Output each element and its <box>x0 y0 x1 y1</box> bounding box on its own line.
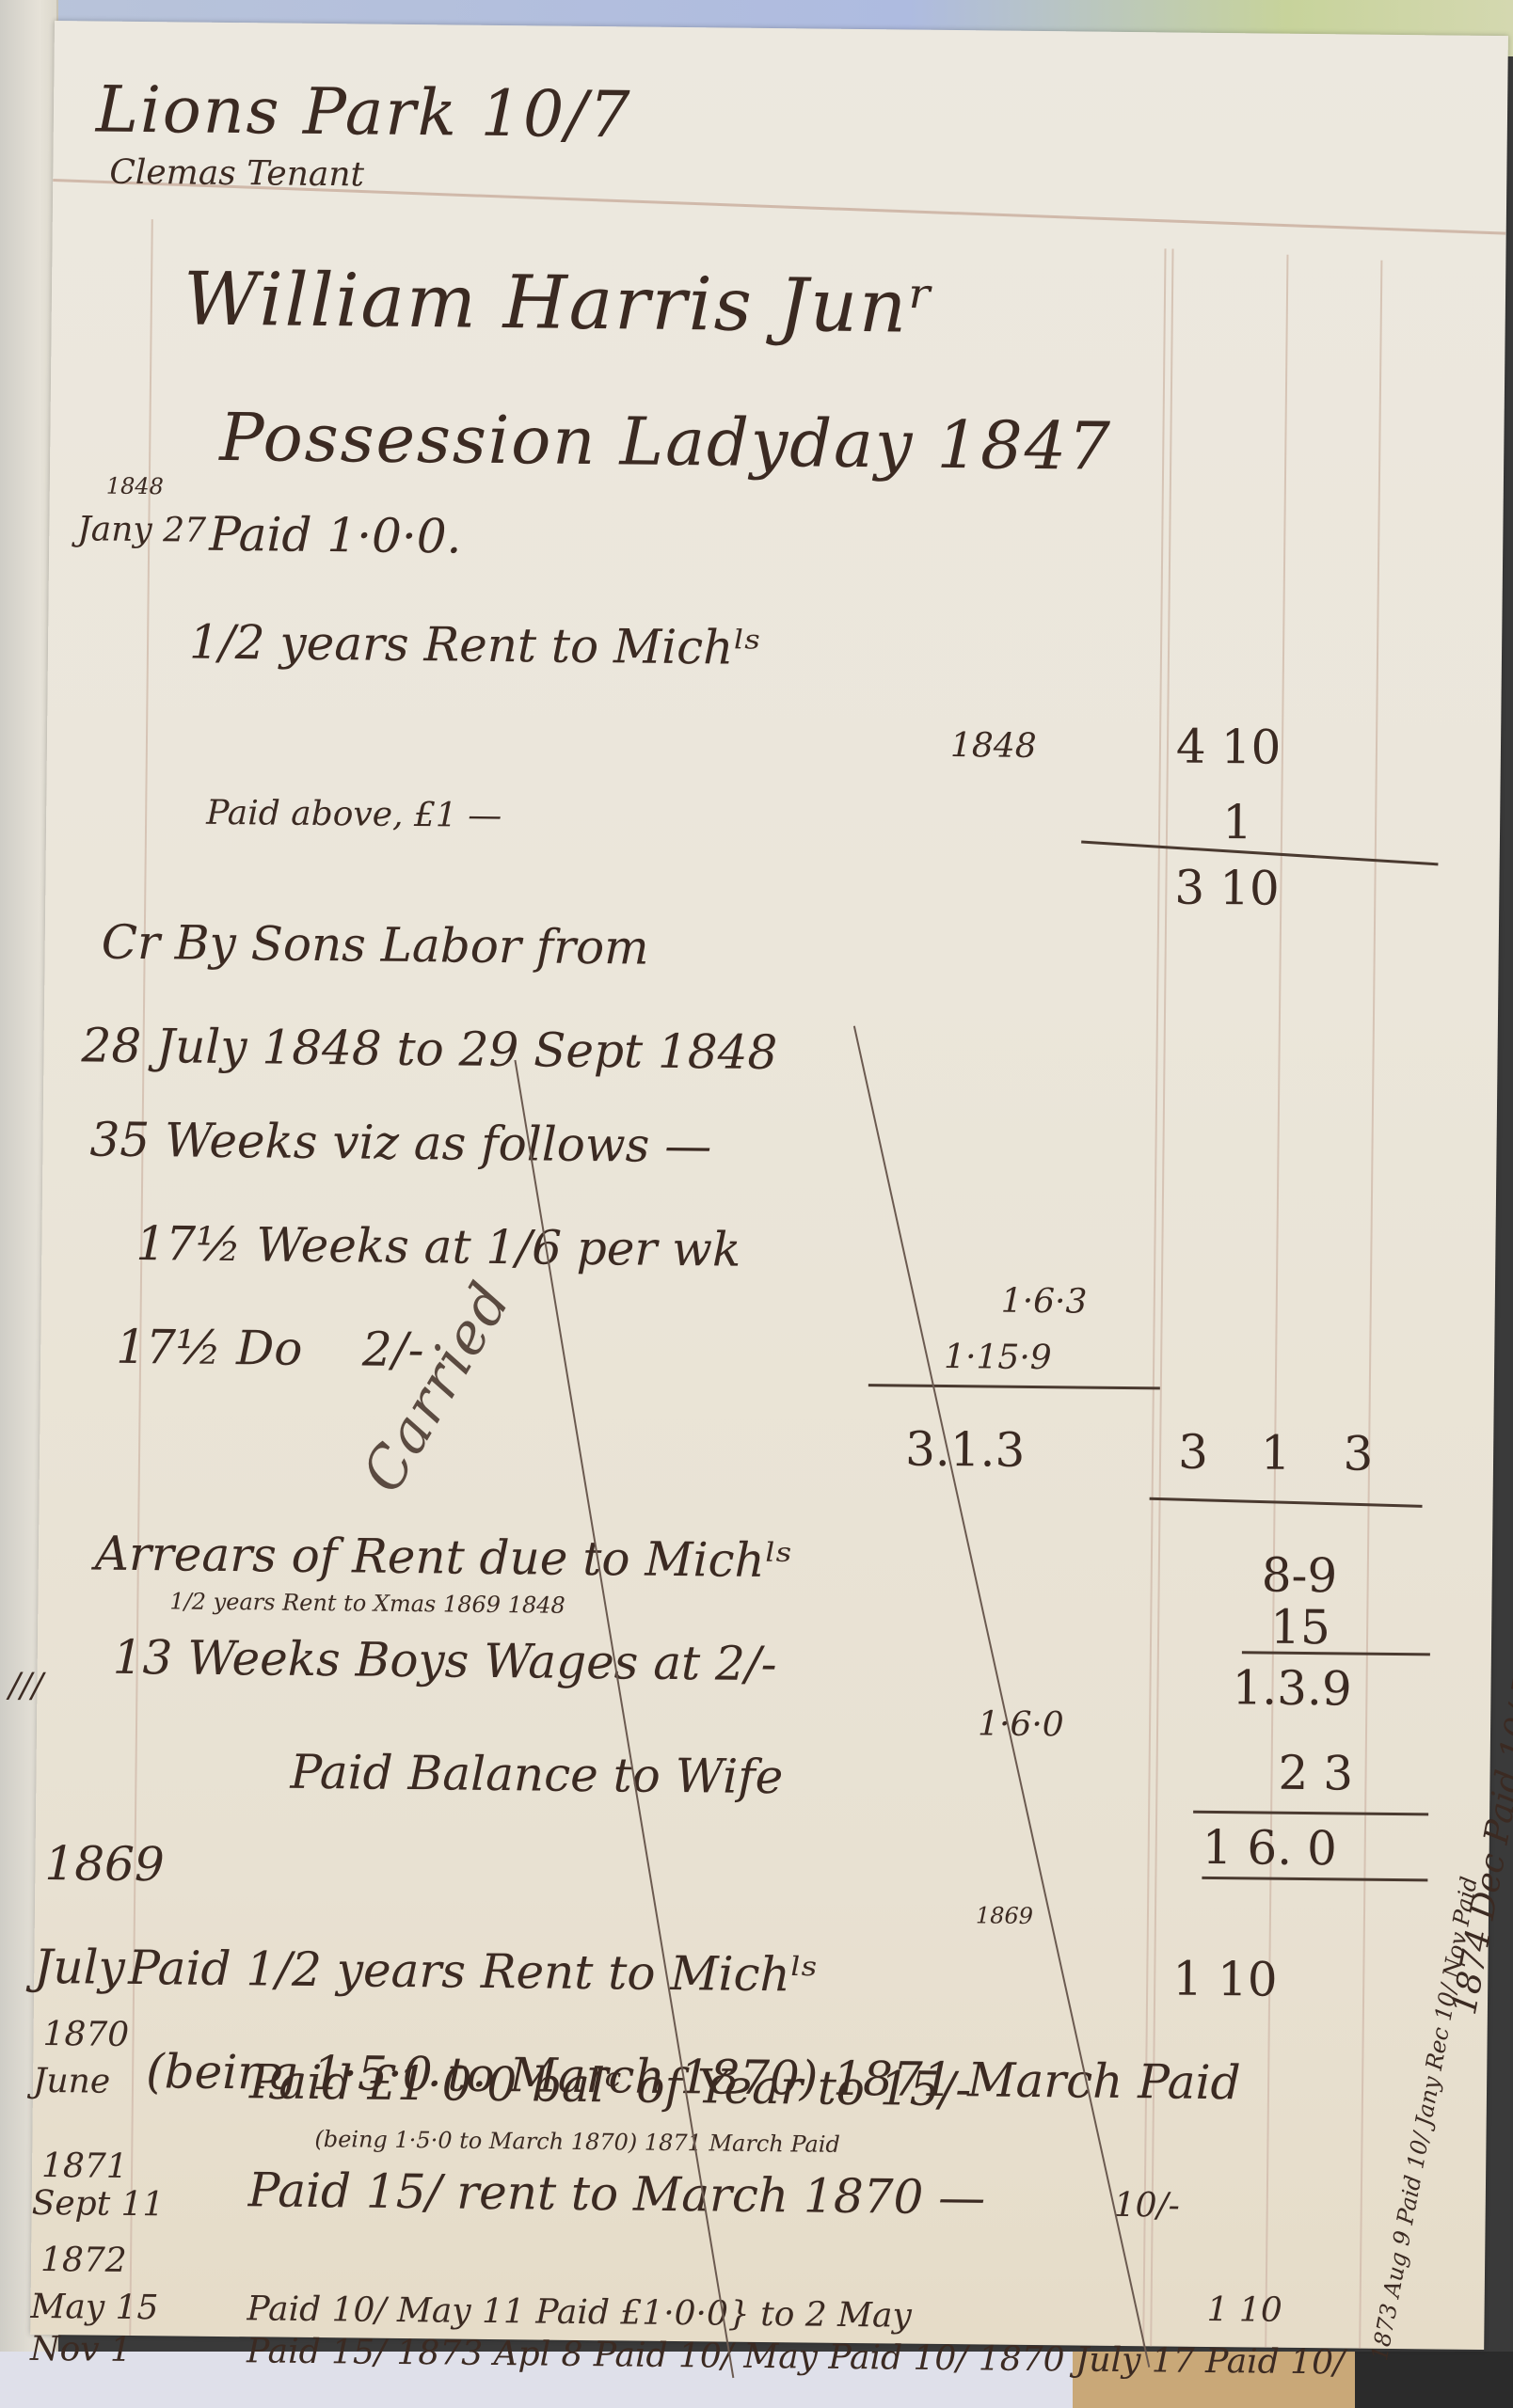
entry-sub-amount: 1·6·0 <box>978 1704 1064 1744</box>
entry-amount: 10/- <box>1114 2186 1181 2226</box>
entry-amount: 1 10 <box>1172 1952 1278 2007</box>
entry-subtotal: 3.1.3 <box>905 1422 1026 1478</box>
entry-text: 28 July 1848 to 29 Sept 1848 <box>81 1018 777 1080</box>
cancel-stroke <box>853 1026 1150 2368</box>
entry-year-note: 1869 <box>976 1902 1033 1929</box>
entry-amount: 1.3.9 <box>1232 1660 1352 1716</box>
entry-text: Paid 10/ May 11 Paid £1·0·0} to 2 May <box>247 2289 912 2335</box>
ledger-page: Lions Park 10/7 Clemas Tenant William Ha… <box>30 21 1508 2350</box>
entry-text: 17½ Weeks at 1/6 per wk <box>135 1216 741 1277</box>
entry-year: 1872 <box>40 2241 127 2280</box>
entry-date: June <box>33 2062 111 2101</box>
entry-year: 1848 <box>106 473 164 500</box>
entry-subtotal: 3 10 <box>1174 861 1280 916</box>
entry-text: Paid 1/2 years Rent to Michˡˢ <box>128 1941 818 2003</box>
entry-amount: 2 3 <box>1278 1746 1353 1801</box>
entry-date: Nov 1 <box>30 2330 132 2369</box>
entry-amount: 15 <box>1270 1600 1330 1655</box>
entry-text: Cr By Sons Labor from <box>101 915 648 975</box>
entry-text: 13 Weeks Boys Wages at 2/- <box>112 1630 776 1691</box>
entry-year-col: 1848 <box>950 726 1037 766</box>
entry-sub-amount: 1·15·9 <box>944 1338 1052 1377</box>
entry-text: Paid £1·0·0 balᶜ of Year to 15/- <box>249 2054 972 2116</box>
entry-text: Paid 15/ rent to March 1870 — <box>248 2162 986 2225</box>
entry-text: 1/2 years Rent to Xmas 1869 1848 <box>169 1588 565 1618</box>
entry-sub-amount: 1·6·3 <box>1001 1282 1088 1322</box>
sum-rule <box>1150 1497 1423 1508</box>
shillings-column-rule <box>1265 255 1288 2348</box>
entry-year: 1869 <box>44 1836 165 1892</box>
entry-text: Arrears of Rent due to Michˡˢ <box>95 1527 792 1589</box>
subtitle: Clemas Tenant <box>109 153 364 195</box>
entry-year: 1870 <box>42 2015 129 2054</box>
sum-rule <box>1202 1877 1427 1882</box>
entry-text: 17½ Do 2/- <box>116 1320 424 1377</box>
entry-text: Paid Balance to Wife <box>290 1745 783 1804</box>
entry-text: Paid 1·0·0. <box>209 507 462 564</box>
tenant-name: William Harris Junʳ <box>183 257 935 349</box>
carried-annotation: Carried <box>350 1271 525 1504</box>
entry-amount: 1 10 <box>1206 2290 1282 2330</box>
entry-date: Jany 27 <box>77 510 206 549</box>
entry-date: Sept 11 <box>31 2184 164 2224</box>
entry-text: 1/2 years Rent to Michˡˢ <box>189 615 761 675</box>
entry-date: May 15 <box>30 2288 158 2327</box>
estate-title: Lions Park 10/7 <box>96 72 632 152</box>
margin-mark: ∕∕∕ <box>8 1667 43 1705</box>
entry-total: 1 6. 0 <box>1202 1820 1337 1876</box>
pence-column-rule <box>1359 261 1382 2349</box>
entry-year: 1871 <box>41 2147 128 2186</box>
entry-amount: 8-9 <box>1261 1548 1337 1604</box>
entry-amount: 4 10 <box>1176 720 1282 775</box>
possession-line: Possession Ladyday 1847 <box>219 399 1112 485</box>
entry-amount: 3 1 3 <box>1178 1425 1374 1481</box>
entry-text: 35 Weeks viz as follows — <box>89 1112 711 1173</box>
entry-amount: 1 <box>1222 795 1252 849</box>
sum-rule <box>868 1384 1160 1389</box>
entry-text: Paid above, £1 — <box>206 794 502 835</box>
sum-rule <box>1193 1811 1428 1816</box>
margin-note-bottom: 1873 Aug 9 Paid 10/ Jany Rec 10/ Nov Pai… <box>1366 1875 1483 2363</box>
sum-rule <box>1242 1651 1430 1655</box>
entry-date: July <box>34 1940 125 1995</box>
entry-note: (being 1·5·0 to March 1870) 1871 March P… <box>314 2126 840 2158</box>
